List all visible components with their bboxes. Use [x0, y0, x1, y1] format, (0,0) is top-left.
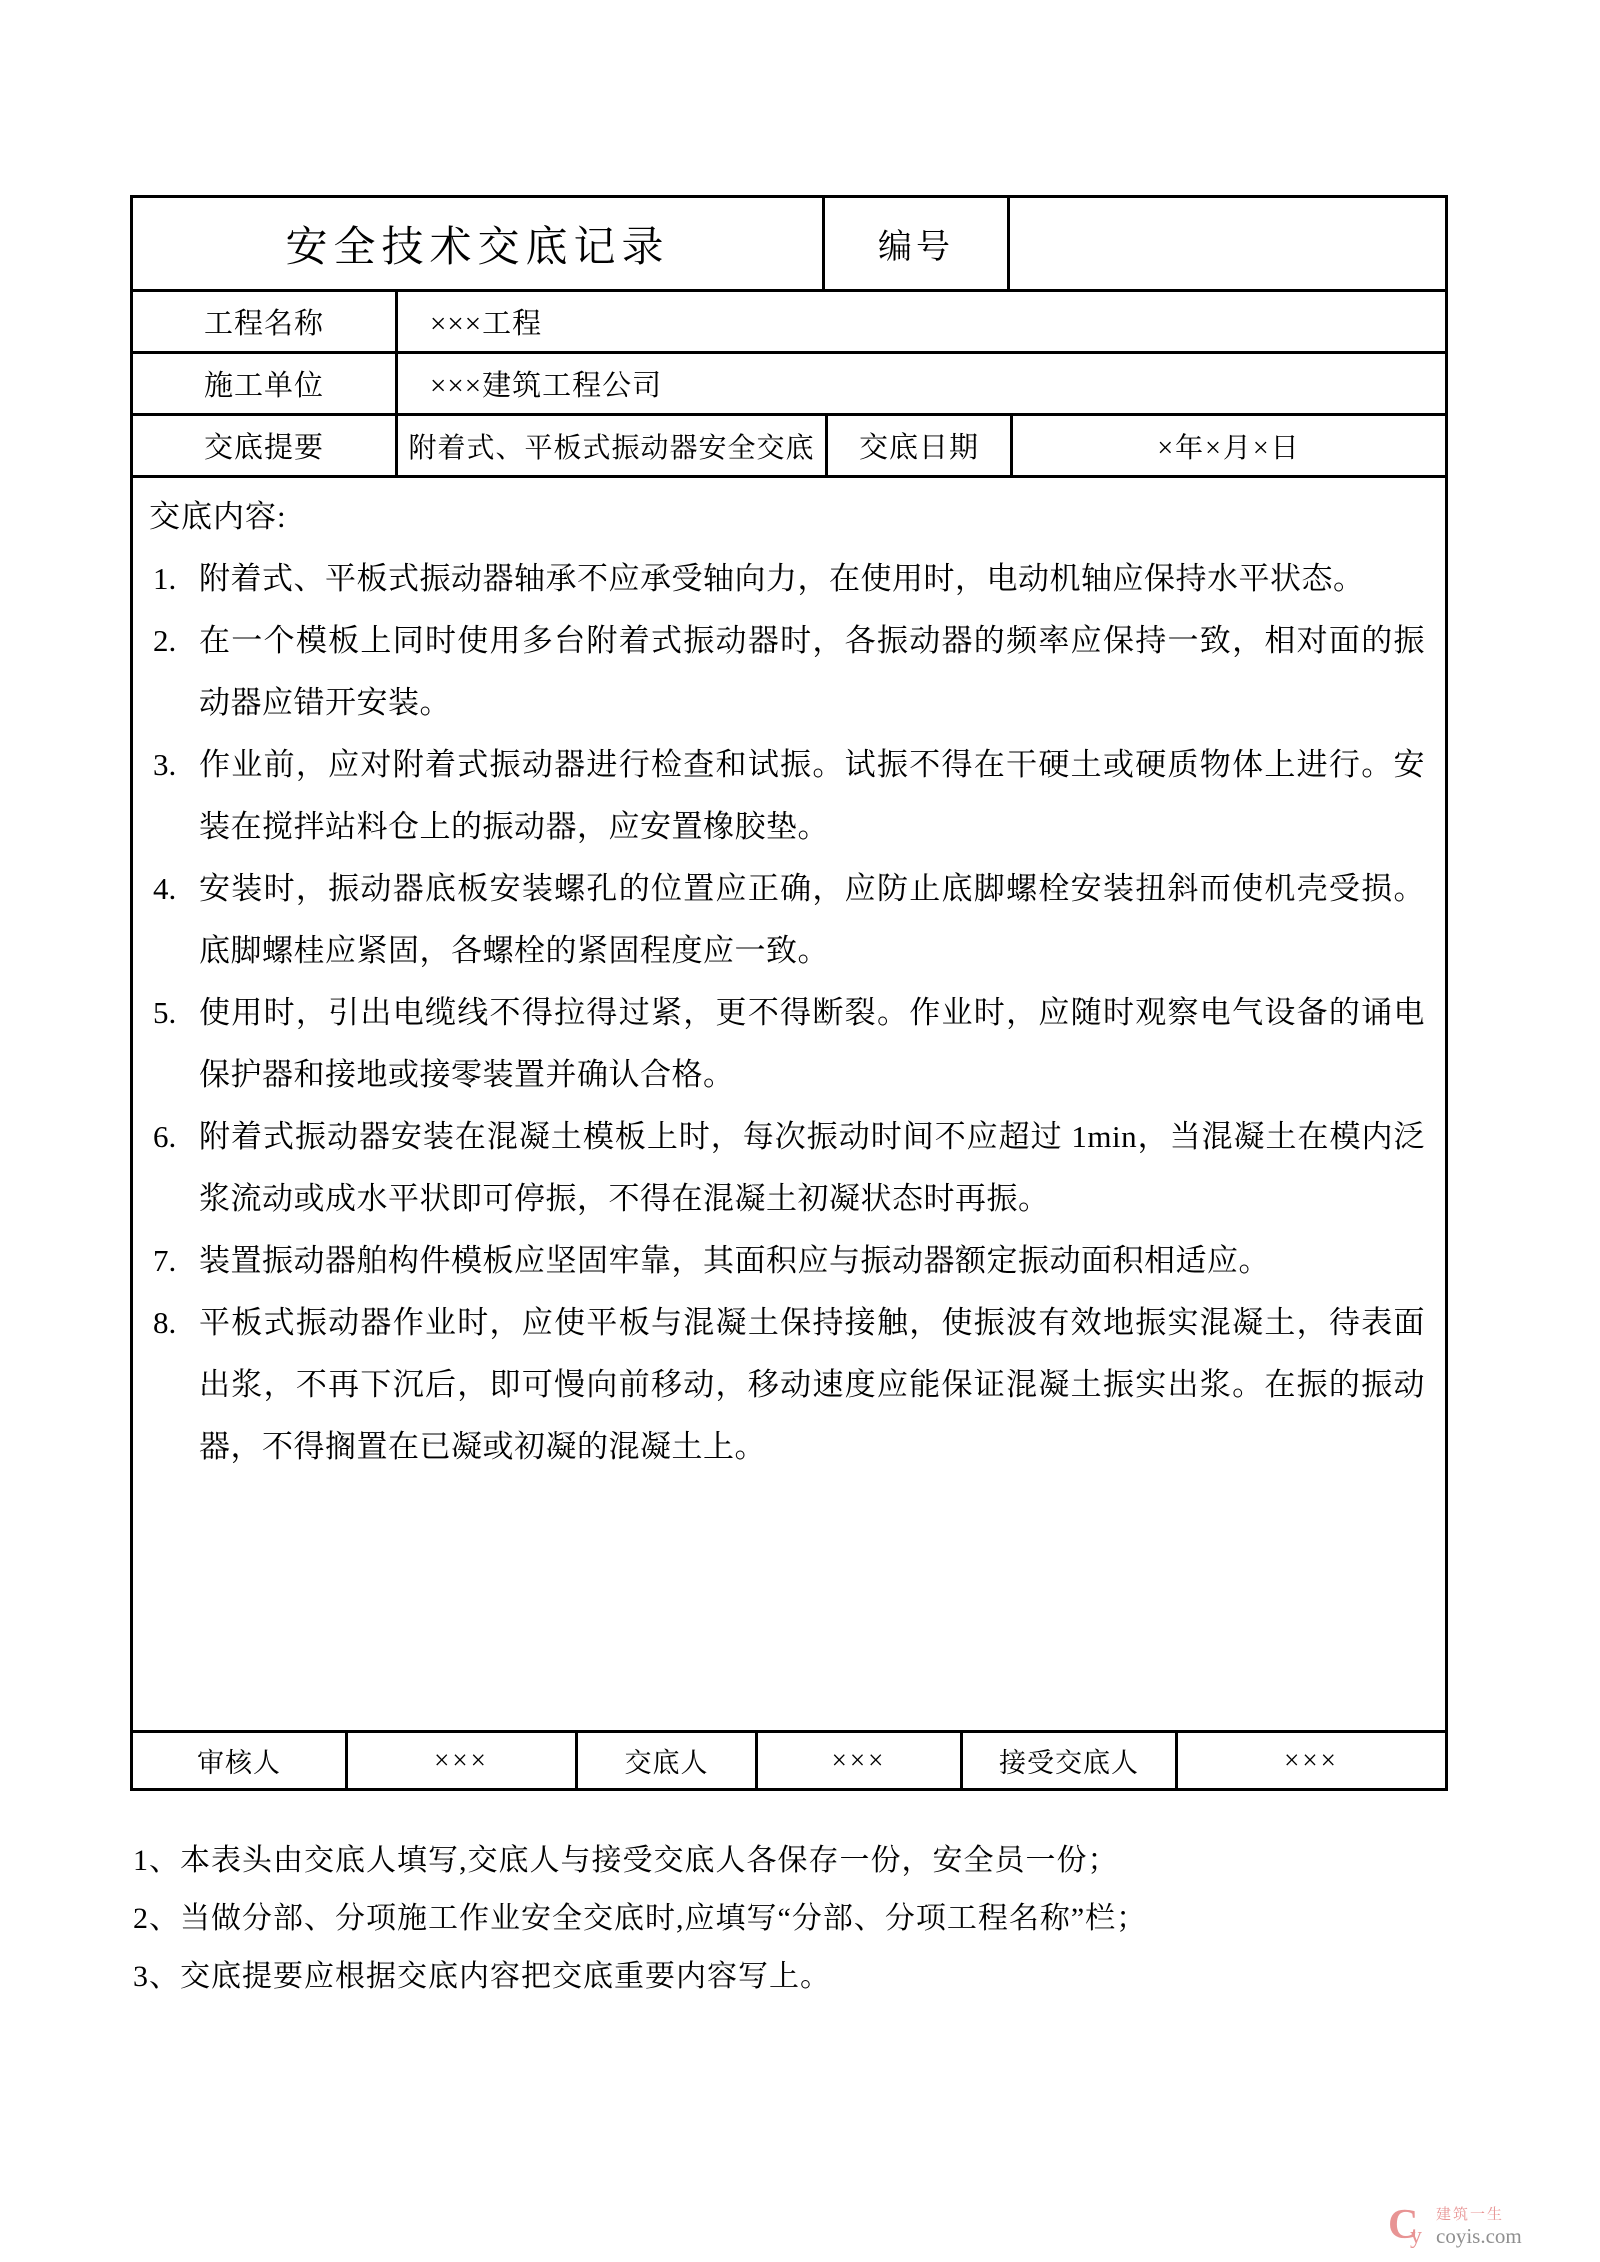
content-item: 4.安装时，振动器底板安装螺孔的位置应正确，应防止底脚螺栓安装扭斜而使机壳受损。… [149, 858, 1425, 982]
disclosure-record-table: 安全技术交底记录 编号 工程名称 ×××工程 施工单位 ×××建筑工程公司 交底… [130, 195, 1448, 1791]
number-label: 编号 [825, 198, 1010, 289]
content-row: 交底内容: 1.附着式、平板式振动器轴承不应承受轴向力，在使用时，电动机轴应保持… [133, 478, 1445, 1733]
summary-row: 交底提要 附着式、平板式振动器安全交底 交底日期 ×年×月×日 [133, 416, 1445, 478]
project-name-row: 工程名称 ×××工程 [133, 292, 1445, 354]
content-item: 6.附着式振动器安装在混凝土模板上时，每次振动时间不应超过 1min，当混凝土在… [149, 1106, 1425, 1230]
project-name-label: 工程名称 [133, 292, 398, 351]
signature-row: 审核人 ××× 交底人 ××× 接受交底人 ××× [133, 1733, 1445, 1788]
construction-unit-row: 施工单位 ×××建筑工程公司 [133, 354, 1445, 416]
footnote-2: 2、当做分部、分项施工作业安全交底时,应填写“分部、分项工程名称”栏； [133, 1890, 1453, 1948]
recipient-label: 接受交底人 [963, 1733, 1178, 1788]
content-item: 1.附着式、平板式振动器轴承不应承受轴向力，在使用时，电动机轴应保持水平状态。 [149, 548, 1425, 610]
discloser-value: ××× [758, 1733, 963, 1788]
discloser-label: 交底人 [578, 1733, 758, 1788]
footnote-1: 1、本表头由交底人填写,交底人与接受交底人各保存一份，安全员一份； [133, 1832, 1453, 1890]
number-value [1010, 198, 1445, 289]
recipient-value: ××× [1178, 1733, 1445, 1788]
content-item-list: 1.附着式、平板式振动器轴承不应承受轴向力，在使用时，电动机轴应保持水平状态。2… [149, 548, 1425, 1478]
page-title: 安全技术交底记录 [133, 198, 825, 289]
project-name-value: ×××工程 [398, 292, 1445, 351]
construction-unit-value: ×××建筑工程公司 [398, 354, 1445, 413]
footnote-3: 3、交底提要应根据交底内容把交底重要内容写上。 [133, 1948, 1453, 2006]
date-value: ×年×月×日 [1013, 416, 1445, 475]
summary-label: 交底提要 [133, 416, 398, 475]
title-row: 安全技术交底记录 编号 [133, 198, 1445, 292]
content-item: 5.使用时，引出电缆线不得拉得过紧，更不得断裂。作业时，应随时观察电气设备的诵电… [149, 982, 1425, 1106]
content-heading: 交底内容: [149, 486, 1425, 548]
reviewer-value: ××× [348, 1733, 578, 1788]
content-item: 8.平板式振动器作业时，应使平板与混凝土保持接触，使振波有效地振实混凝土，待表面… [149, 1292, 1425, 1478]
content-item: 3.作业前，应对附着式振动器进行检查和试振。试振不得在干硬土或硬质物体上进行。安… [149, 734, 1425, 858]
content-item: 7.装置振动器舶构件模板应坚固牢靠，其面积应与振动器额定振动面积相适应。 [149, 1230, 1425, 1292]
coyis-logo-icon: C y [1388, 2204, 1432, 2250]
date-label: 交底日期 [828, 416, 1013, 475]
reviewer-label: 审核人 [133, 1733, 348, 1788]
content-item: 2.在一个模板上同时使用多台附着式振动器时，各振动器的频率应保持一致，相对面的振… [149, 610, 1425, 734]
site-watermark: C y 建筑一生 coyis.com [1388, 2202, 1588, 2252]
summary-value: 附着式、平板式振动器安全交底 [398, 416, 828, 475]
watermark-domain: coyis.com [1436, 2224, 1522, 2248]
content-cell: 交底内容: 1.附着式、平板式振动器轴承不应承受轴向力，在使用时，电动机轴应保持… [133, 478, 1445, 1730]
construction-unit-label: 施工单位 [133, 354, 398, 413]
footnotes: 1、本表头由交底人填写,交底人与接受交底人各保存一份，安全员一份； 2、当做分部… [133, 1832, 1453, 2006]
watermark-brand: 建筑一生 [1436, 2207, 1522, 2224]
